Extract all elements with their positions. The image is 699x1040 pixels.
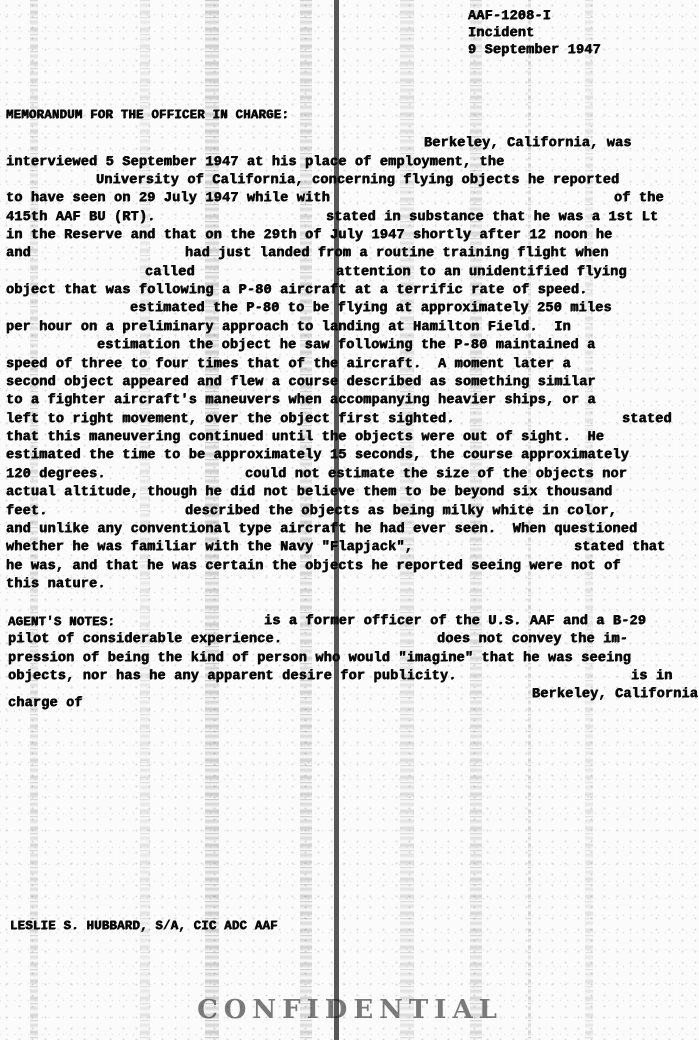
body-line: that this maneuvering continued until th… (6, 430, 604, 445)
body-line: attention to an unidentified flying (336, 265, 627, 280)
body-line: University of California, concerning fly… (96, 173, 619, 188)
body-line: of the (614, 191, 664, 206)
body-line: per hour on a preliminary approach to la… (6, 320, 571, 335)
body-line: stated in substance that he was a 1st Lt (326, 210, 658, 225)
notes-line: is in (631, 669, 673, 684)
notes-line: charge of (8, 696, 83, 711)
body-line: to a fighter aircraft's maneuvers when a… (6, 393, 596, 408)
classification-stamp: CONFIDENTIAL (160, 990, 540, 1030)
document-type: Incident (468, 26, 534, 41)
body-line: speed of three to four times that of the… (6, 357, 571, 372)
signature-line: LESLIE S. HUBBARD, S/A, CIC ADC AAF (10, 919, 278, 934)
body-line: called (145, 265, 195, 280)
body-line: estimated the P-80 to be flying at appro… (130, 301, 612, 316)
body-line: whether he was familiar with the Navy "F… (6, 540, 413, 555)
body-line: stated that (574, 540, 665, 555)
copy-streak (528, 0, 531, 1040)
document-page: AAF-1208-I Incident 9 September 1947 MEM… (0, 0, 699, 1040)
body-line: in the Reserve and that on the 29th of J… (6, 228, 612, 243)
body-line: 120 degrees. (6, 467, 106, 482)
body-line: actual altitude, though he did not belie… (6, 485, 612, 500)
body-line: stated (622, 412, 672, 427)
document-date: 9 September 1947 (468, 43, 601, 58)
body-line: to have seen on 29 July 1947 while with (6, 191, 330, 206)
body-line: estimation the object he saw following t… (97, 338, 595, 353)
notes-line: pression of being the kind of person who… (8, 651, 631, 666)
notes-line: is a former officer of the U.S. AAF and … (264, 614, 646, 629)
body-line: 415th AAF BU (RT). (6, 210, 156, 225)
body-line: this nature. (6, 577, 106, 592)
body-line: had just landed from a routine training … (185, 246, 609, 261)
notes-line: Berkeley, California (532, 687, 698, 702)
body-line: left to right movement, over the object … (6, 412, 455, 427)
file-number: AAF-1208-I (468, 9, 551, 24)
body-line: and (6, 246, 31, 261)
body-line: and unlike any conventional type aircraf… (6, 522, 637, 537)
notes-line: does not convey the im- (437, 632, 628, 647)
notes-line: objects, nor has he any apparent desire … (8, 669, 457, 684)
body-line: Berkeley, California, was (424, 136, 632, 151)
copy-streak (585, 0, 593, 1040)
body-line: feet. (6, 504, 48, 519)
body-line: object that was following a P-80 aircraf… (6, 283, 588, 298)
notes-line: pilot of considerable experience. (8, 632, 282, 647)
agents-notes-label: AGENT'S NOTES: (8, 615, 115, 630)
memo-salutation: MEMORANDUM FOR THE OFFICER IN CHARGE: (6, 108, 289, 123)
body-line: estimated the time to be approximately 1… (6, 448, 629, 463)
body-line: could not estimate the size of the objec… (245, 467, 627, 482)
body-line: he was, and that he was certain the obje… (6, 559, 621, 574)
body-line: second object appeared and flew a course… (6, 375, 596, 390)
body-line: interviewed 5 September 1947 at his plac… (6, 155, 504, 170)
body-line: described the objects as being milky whi… (185, 504, 617, 519)
